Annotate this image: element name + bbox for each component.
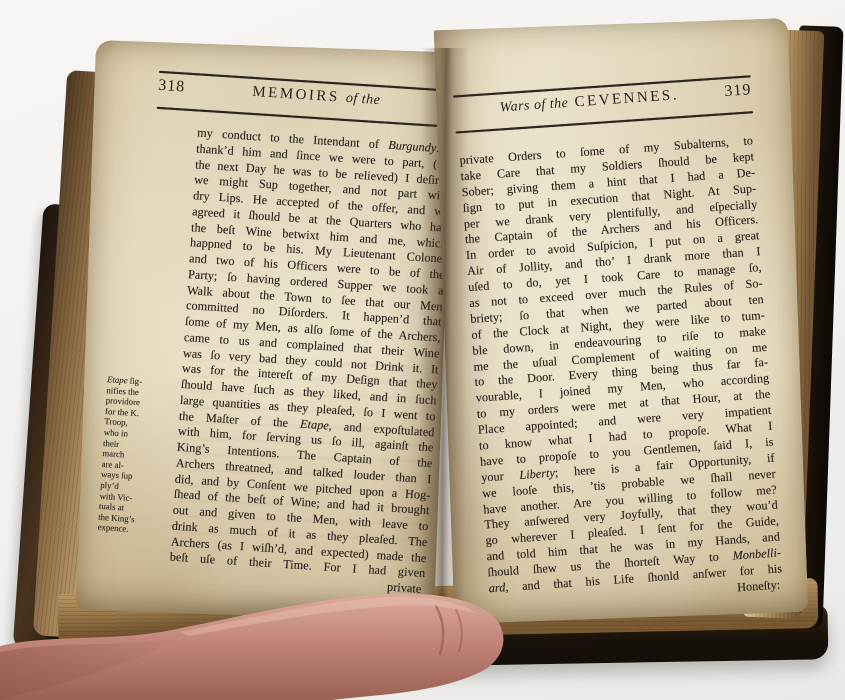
right-page-lines: private Orders to ſome of my Subalterns,… [459, 133, 783, 597]
left-page-number: 318 [158, 77, 186, 97]
left-running-header: 318 MEMOIRS of the [158, 77, 449, 114]
book-photo: 318 MEMOIRS of the Etape ſig-nifies thep… [0, 0, 845, 700]
left-page-lines: my conduct to the Intendant of Burgundy.… [169, 125, 453, 582]
left-page-text: my conduct to the Intendant of Burgundy.… [168, 125, 453, 597]
margin-note: Etape ſig-nifies theprovidorefor the K.T… [97, 374, 179, 537]
thumb [0, 540, 545, 700]
right-page-number: 319 [724, 81, 752, 101]
left-page: 318 MEMOIRS of the Etape ſig-nifies thep… [76, 40, 454, 622]
right-page: Wars of the CEVENNES. 319 private Orders… [434, 18, 809, 624]
right-header-title: Wars of the CEVENNES. [454, 84, 726, 119]
left-header-title: MEMOIRS of the [185, 80, 449, 114]
